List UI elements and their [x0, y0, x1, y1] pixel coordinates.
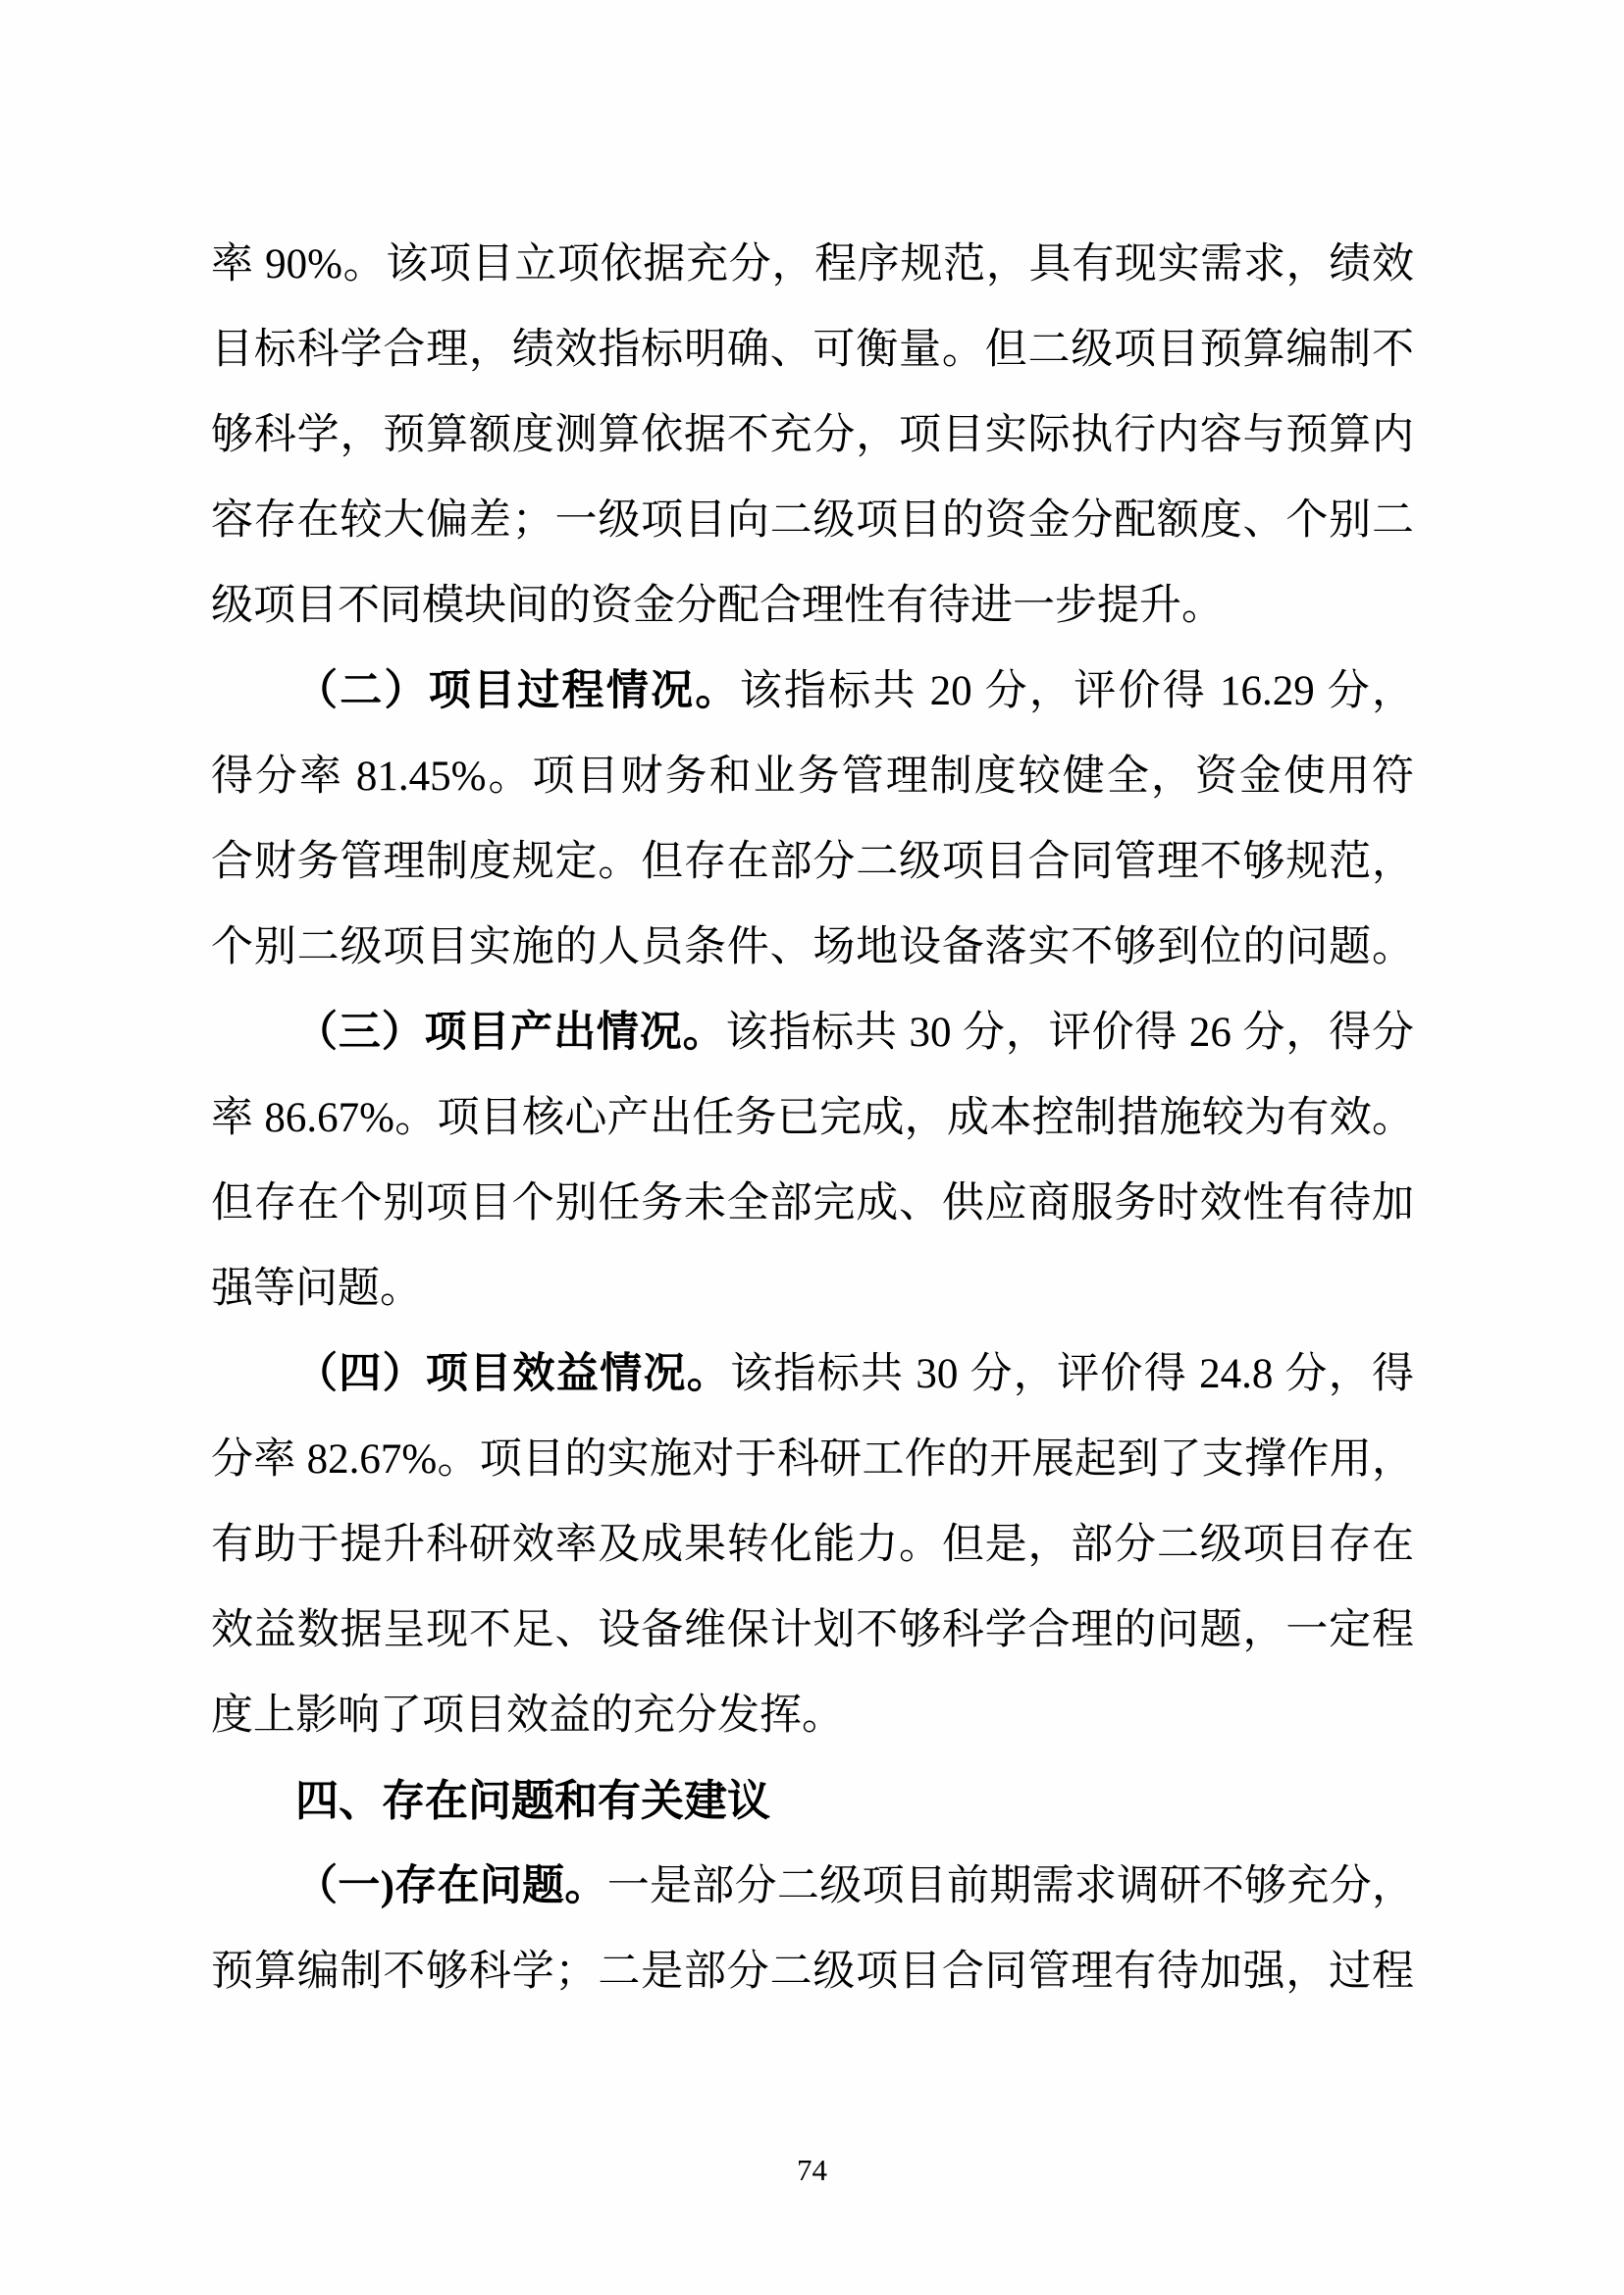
- text-run: 容存在较大偏差；一级项目向二级项目的资金分配额度、个别二: [211, 497, 1414, 544]
- page-number: 74: [0, 2151, 1624, 2190]
- text-run: 效益数据呈现不足、设备维保计划不够科学合理的问题，一定程: [211, 1607, 1414, 1653]
- text-line: 分率 82.67%。项目的实施对于科研工作的开展起到了支撑作用，: [211, 1417, 1414, 1502]
- bold-text-run: （一)存在问题。: [295, 1863, 607, 1909]
- text-run: 个别二级项目实施的人员条件、场地设备落实不够到位的问题。: [211, 924, 1414, 970]
- text-run: 目标科学合理，绩效指标明确、可衡量。但二级项目预算编制不: [211, 327, 1414, 373]
- text-run: 率 86.67%。项目核心产出任务已完成，成本控制措施较为有效。: [211, 1095, 1414, 1141]
- text-run: 有助于提升科研效率及成果转化能力。但是，部分二级项目存在: [211, 1522, 1414, 1568]
- bold-text-run: 四、存在问题和有关建议: [295, 1777, 770, 1825]
- text-run: 级项目不同模块间的资金分配合理性有待进一步提升。: [211, 583, 1224, 629]
- text-line: 但存在个别项目个别任务未全部完成、供应商服务时效性有待加: [211, 1161, 1414, 1246]
- text-line: 目标科学合理，绩效指标明确、可衡量。但二级项目预算编制不: [211, 307, 1414, 392]
- text-run: 率 90%。该项目立项依据充分，程序规范，具有现实需求，绩效: [211, 241, 1414, 287]
- text-run: 但存在个别项目个别任务未全部完成、供应商服务时效性有待加: [211, 1180, 1414, 1226]
- text-line: 个别二级项目实施的人员条件、场地设备落实不够到位的问题。: [211, 905, 1414, 990]
- text-run: 分率 82.67%。项目的实施对于科研工作的开展起到了支撑作用，: [211, 1436, 1414, 1483]
- bold-text-run: （四）项目效益情况。: [295, 1351, 730, 1397]
- text-run: 合财务管理制度规定。但存在部分二级项目合同管理不够规范，: [211, 839, 1414, 885]
- text-line: 预算编制不够科学；二是部分二级项目合同管理有待加强，过程: [211, 1929, 1414, 2014]
- text-run: 一是部分二级项目前期需求调研不够充分，: [607, 1863, 1414, 1909]
- text-line: 强等问题。: [211, 1246, 1414, 1331]
- text-run: 强等问题。: [211, 1266, 422, 1312]
- bold-text-run: （二）项目过程情况。: [295, 668, 740, 714]
- text-run: 预算编制不够科学；二是部分二级项目合同管理有待加强，过程: [211, 1949, 1414, 1995]
- text-line: 容存在较大偏差；一级项目向二级项目的资金分配额度、个别二: [211, 478, 1414, 563]
- text-line: 级项目不同模块间的资金分配合理性有待进一步提升。: [211, 563, 1414, 649]
- section-heading: 四、存在问题和有关建议: [211, 1758, 1414, 1844]
- text-run: 够科学，预算额度测算依据不充分，项目实际执行内容与预算内: [211, 412, 1414, 458]
- text-line: 合财务管理制度规定。但存在部分二级项目合同管理不够规范，: [211, 819, 1414, 905]
- text-run: 该指标共 30 分，评价得 24.8 分，得: [730, 1351, 1414, 1397]
- text-line: 度上影响了项目效益的充分发挥。: [211, 1673, 1414, 1758]
- text-line: （一)存在问题。一是部分二级项目前期需求调研不够充分，: [211, 1844, 1414, 1929]
- text-line: 率 86.67%。项目核心产出任务已完成，成本控制措施较为有效。: [211, 1075, 1414, 1161]
- text-line: 有助于提升科研效率及成果转化能力。但是，部分二级项目存在: [211, 1502, 1414, 1588]
- document-page: 率 90%。该项目立项依据充分，程序规范，具有现实需求，绩效目标科学合理，绩效指…: [0, 0, 1624, 2295]
- text-line: （二）项目过程情况。该指标共 20 分，评价得 16.29 分，: [211, 649, 1414, 734]
- text-run: 该指标共 30 分，评价得 26 分，得分: [725, 1010, 1414, 1056]
- bold-text-run: （三）项目产出情况。: [295, 1010, 725, 1056]
- text-run: 度上影响了项目效益的充分发挥。: [211, 1693, 844, 1739]
- text-line: 率 90%。该项目立项依据充分，程序规范，具有现实需求，绩效: [211, 222, 1414, 307]
- text-run: 该指标共 20 分，评价得 16.29 分，: [740, 668, 1414, 714]
- text-line: 够科学，预算额度测算依据不充分，项目实际执行内容与预算内: [211, 392, 1414, 478]
- text-line: 效益数据呈现不足、设备维保计划不够科学合理的问题，一定程: [211, 1588, 1414, 1673]
- text-line: （三）项目产出情况。该指标共 30 分，评价得 26 分，得分: [211, 990, 1414, 1075]
- text-line: （四）项目效益情况。该指标共 30 分，评价得 24.8 分，得: [211, 1331, 1414, 1417]
- text-body: 率 90%。该项目立项依据充分，程序规范，具有现实需求，绩效目标科学合理，绩效指…: [211, 222, 1414, 2014]
- text-line: 得分率 81.45%。项目财务和业务管理制度较健全，资金使用符: [211, 734, 1414, 819]
- text-run: 得分率 81.45%。项目财务和业务管理制度较健全，资金使用符: [211, 754, 1414, 800]
